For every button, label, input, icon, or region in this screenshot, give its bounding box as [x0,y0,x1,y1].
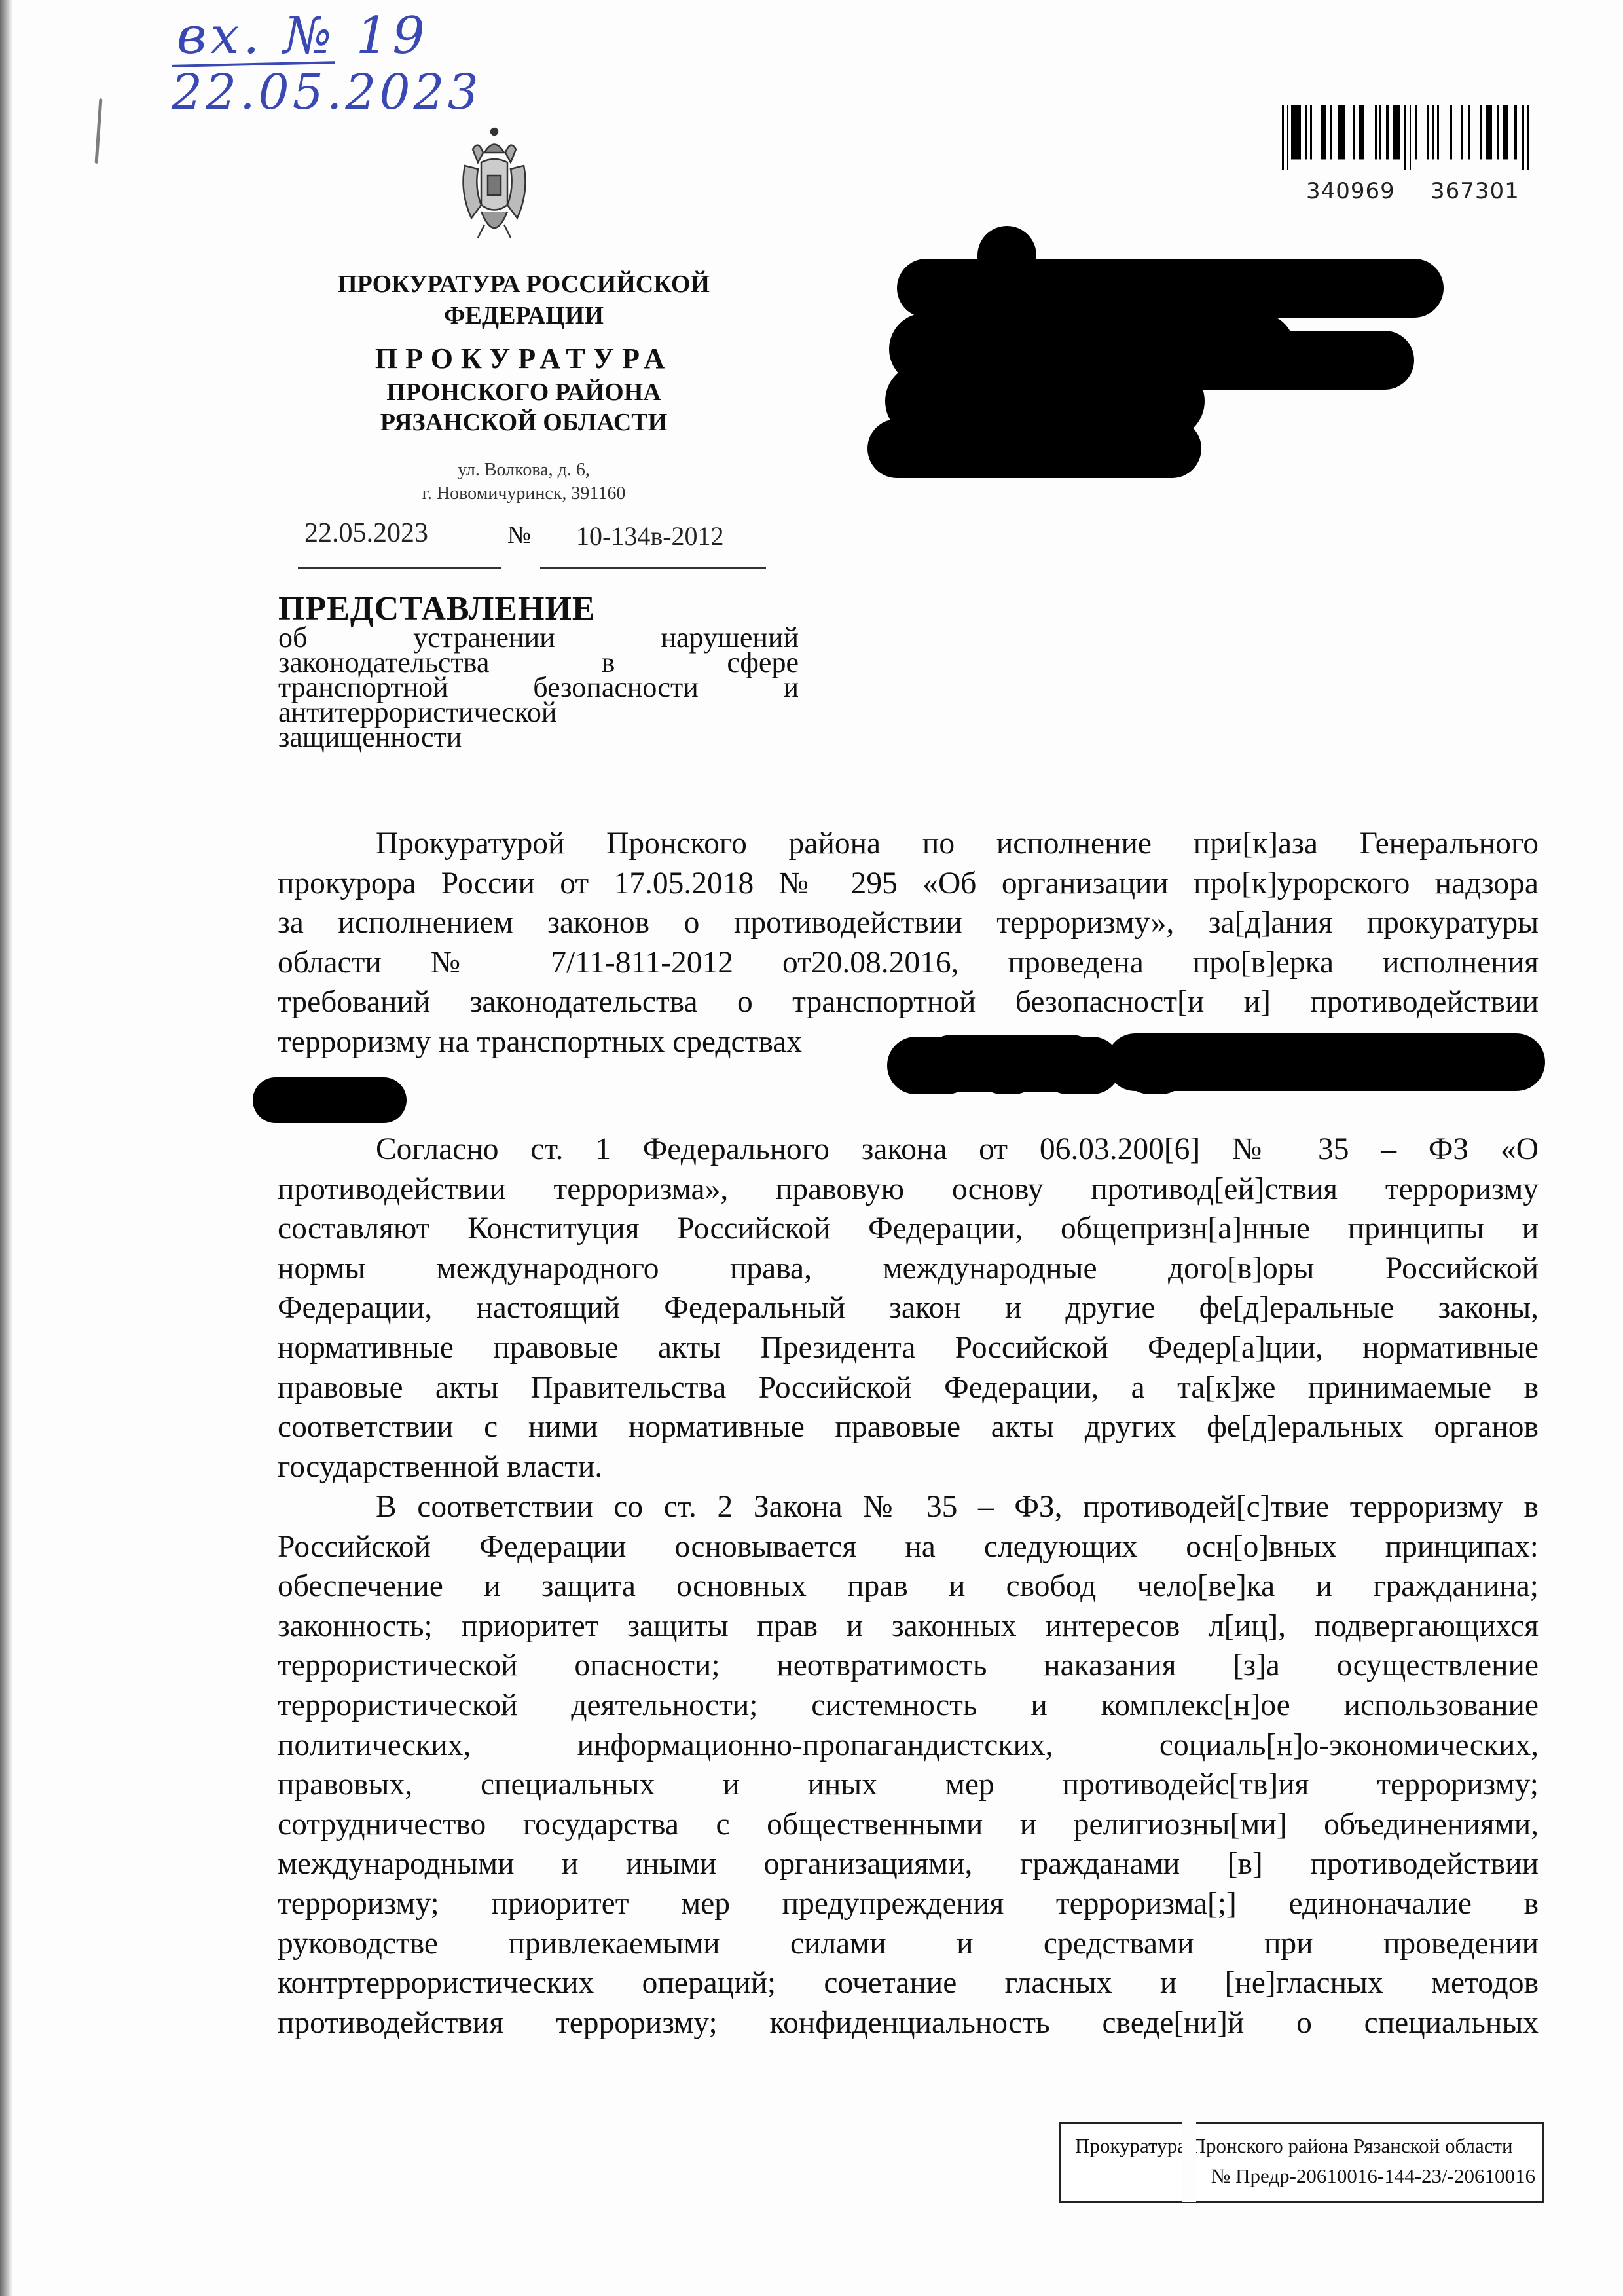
body-line: террористической опасности; неотвратимос… [278,1646,1539,1686]
body-line: составляют Конституция Российской Федера… [278,1209,1539,1249]
redaction-vehicle-owner-2 [1106,1033,1545,1091]
body-line: соответствии с ними нормативные правовые… [278,1407,1539,1447]
body-line: противодействия терроризму; конфиденциал… [278,2003,1539,2043]
body-paragraph-2: Согласно ст. 1 Федерального закона от 06… [278,1130,1539,1487]
body-line: терроризму; приоритет мер предупреждения… [278,1884,1539,1924]
body-line: Согласно ст. 1 Федерального закона от 06… [278,1130,1539,1170]
letterhead: ПРОКУРАТУРА РОССИЙСКОЙ ФЕДЕРАЦИИ ПРОКУРА… [288,268,759,437]
redaction-line7 [253,1077,407,1123]
stamp-number-value: Предр-20610016-144-23/-20610016 [1235,2164,1535,2187]
body-line: международными и иными организациями, гр… [278,1844,1539,1884]
registration-stamp: Прокуратура Пронского района Рязанской о… [1059,2122,1544,2203]
body-line: сотрудничество государства с общественны… [278,1805,1539,1845]
handwritten-incoming-date: 22.05.2023 [172,64,482,120]
stamp-number: № Предр-20610016-144-23/-20610016 [1211,2164,1535,2188]
barcode-number-right: 367301 [1431,178,1520,204]
scan-edge-shadow [0,0,12,2296]
letterhead-org-line1: ПРОКУРАТУРА РОССИЙСКОЙ [288,268,759,300]
date-underline [298,567,501,569]
redaction-addressee-mark [977,226,1036,318]
address-street: ул. Волкова, д. 6, [288,458,759,482]
barcode-bars [1280,105,1542,170]
body-line: политических, информационно-пропагандист… [278,1726,1539,1766]
body-line: нормативные правовые акты Президента Рос… [278,1328,1539,1368]
body-line: правовых, специальных и иных мер противо… [278,1765,1539,1805]
body-line: законность; приоритет защиты прав и зако… [278,1606,1539,1646]
letterhead-org-line2: ФЕДЕРАЦИИ [288,300,759,331]
scan-fold-gap [1182,2121,1196,2202]
barcode: 340969 367301 [1280,105,1542,200]
letterhead-region: РЯЗАНСКОЙ ОБЛАСТИ [288,407,759,437]
address-city: г. Новомичуринск, 391160 [288,482,759,506]
outgoing-date: 22.05.2023 [304,517,428,549]
russian-coat-of-arms-icon [458,126,530,248]
body-line: В соответствии со ст. 2 Закона № 35 – ФЗ… [278,1487,1539,1527]
letterhead-address: ул. Волкова, д. 6, г. Новомичуринск, 391… [288,458,759,506]
document-type-title: ПРЕДСТАВЛЕНИЕ [278,593,799,625]
body-line: государственной власти. [278,1447,1539,1487]
outgoing-number: 10-134в-2012 [576,521,724,551]
barcode-number-left: 340969 [1306,178,1395,204]
body-line: нормы международного права, международны… [278,1249,1539,1289]
body-line: правовые акты Правительства Российской Ф… [278,1368,1539,1408]
body-line: руководстве привлекаемыми силами и средс… [278,1924,1539,1964]
body-line: прокурора России от 17.05.2018 № 295 «Об… [278,864,1539,904]
body-paragraph-3: В соответствии со ст. 2 Закона № 35 – ФЗ… [278,1487,1539,2043]
body-line: Федерации, настоящий Федеральный закон и… [278,1288,1539,1328]
stamp-organization: Прокуратура Пронского района Рязанской о… [1075,2134,1513,2158]
document-subject: ПРЕДСТАВЛЕНИЕ об устранении нарушений за… [278,593,799,750]
letterhead-org-title: ПРОКУРАТУРА [288,341,759,377]
number-underline [540,567,766,569]
subject-line: защищенности [278,725,799,750]
body-line: требований законодательства о транспортн… [278,982,1539,1022]
pen-stroke-mark [95,98,103,164]
body-line: террористической деятельности; системнос… [278,1686,1539,1726]
body-paragraph-1: Прокуратурой Пронского района по исполне… [278,824,1539,1062]
handwritten-incoming-number: вх. № 19 [177,7,429,65]
stamp-number-sign: № [1211,2164,1231,2187]
body-line: противодействии терроризма», правовую ос… [278,1170,1539,1210]
document-subject-text: об устранении нарушений законодательства… [278,625,799,750]
body-line: за исполнением законов о противодействии… [278,903,1539,943]
redaction-addressee-line4 [867,419,1201,478]
letterhead-district: ПРОНСКОГО РАЙОНА [288,377,759,407]
body-line: обеспечение и защита основных прав и сво… [278,1566,1539,1606]
body-line: контртеррористических операций; сочетани… [278,1963,1539,2003]
redaction-vehicle-owner [923,1035,1100,1092]
body-line: Российской Федерации основывается на сле… [278,1527,1539,1567]
body-line: области № 7/11-811-2012 от20.08.2016, пр… [278,943,1539,983]
body-line: Прокуратурой Пронского района по исполне… [278,824,1539,864]
number-sign: № [507,521,531,549]
